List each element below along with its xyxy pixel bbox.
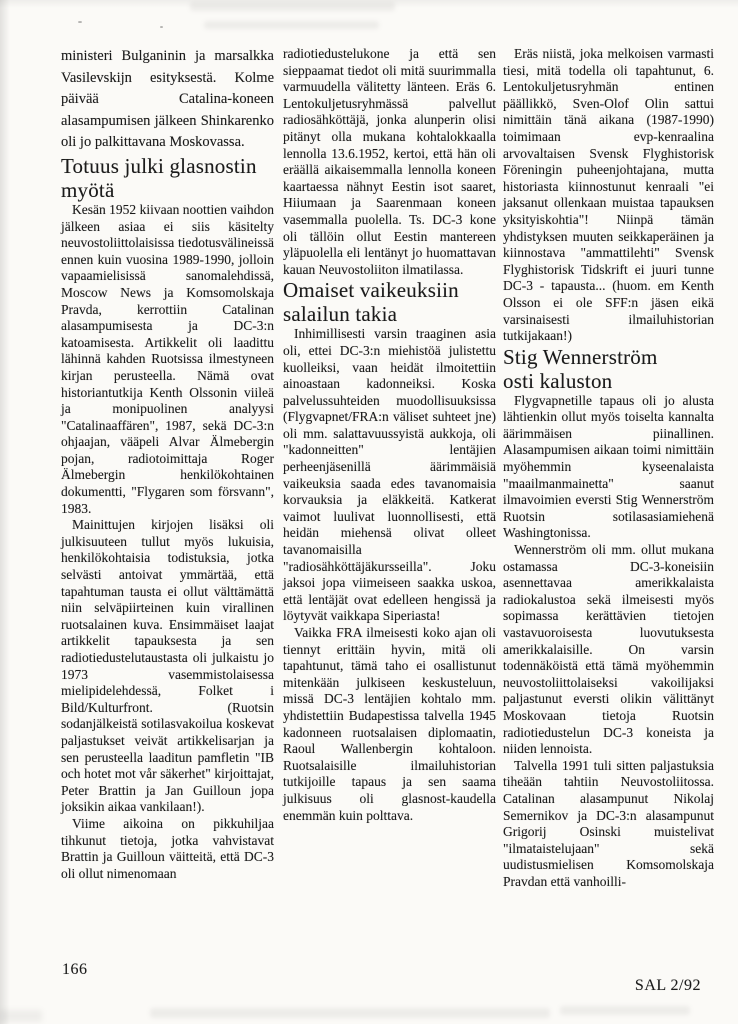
article-paragraph: Eräs niistä, joka melkoisen varmasti tie… [503,46,714,345]
article-paragraph-continuation: radiotiedustelukone ja että sen sieppaam… [283,46,496,278]
article-paragraph: Wennerström oli mm. ollut mukana ostamas… [503,542,714,758]
column-right: Eräs niistä, joka melkoisen varmasti tie… [503,46,714,891]
page-number: 166 [62,961,88,979]
section-heading-totuus-julki: Totuus julki glasnostin myötä [61,154,274,202]
section-heading-omaiset-vaikeuksiin: Omaiset vaikeuksiin salailun takia [283,278,496,326]
scan-smudge [0,1010,42,1022]
magazine-page: ministeri Bulganinin ja marsalkka Vasile… [0,0,738,1024]
article-paragraph: Inhimillisesti varsin traaginen asia oli… [283,326,496,625]
article-paragraph: Viime aikoina on pikkuhiljaa tihkunut ti… [61,816,274,882]
issue-label: SAL 2/92 [635,977,701,995]
article-lead-continuation: ministeri Bulganinin ja marsalkka Vasile… [61,46,274,154]
article-paragraph: Vaikka FRA ilmeisesti koko ajan oli tien… [283,625,496,824]
bleedthrough-ghost-text [560,1006,690,1015]
article-paragraph: Mainittujen kirjojen lisäksi oli julkisu… [61,517,274,816]
bleedthrough-ghost-text [190,2,395,11]
bleedthrough-ghost-text [204,21,379,29]
scan-speck [160,26,163,28]
column-left: ministeri Bulganinin ja marsalkka Vasile… [61,46,274,882]
bleedthrough-ghost-text [150,1008,550,1018]
article-paragraph: Talvella 1991 tuli sitten paljastuksia t… [503,758,714,891]
section-heading-stig-wennerstrom: Stig Wennerström osti kaluston [503,345,693,393]
column-middle: radiotiedustelukone ja että sen sieppaam… [283,46,496,824]
scan-speck [78,21,82,23]
article-paragraph: Kesän 1952 kiivaan noottien vaihdon jälk… [61,202,274,517]
article-paragraph: Flygvapnetille tapaus oli jo alusta läht… [503,393,714,542]
